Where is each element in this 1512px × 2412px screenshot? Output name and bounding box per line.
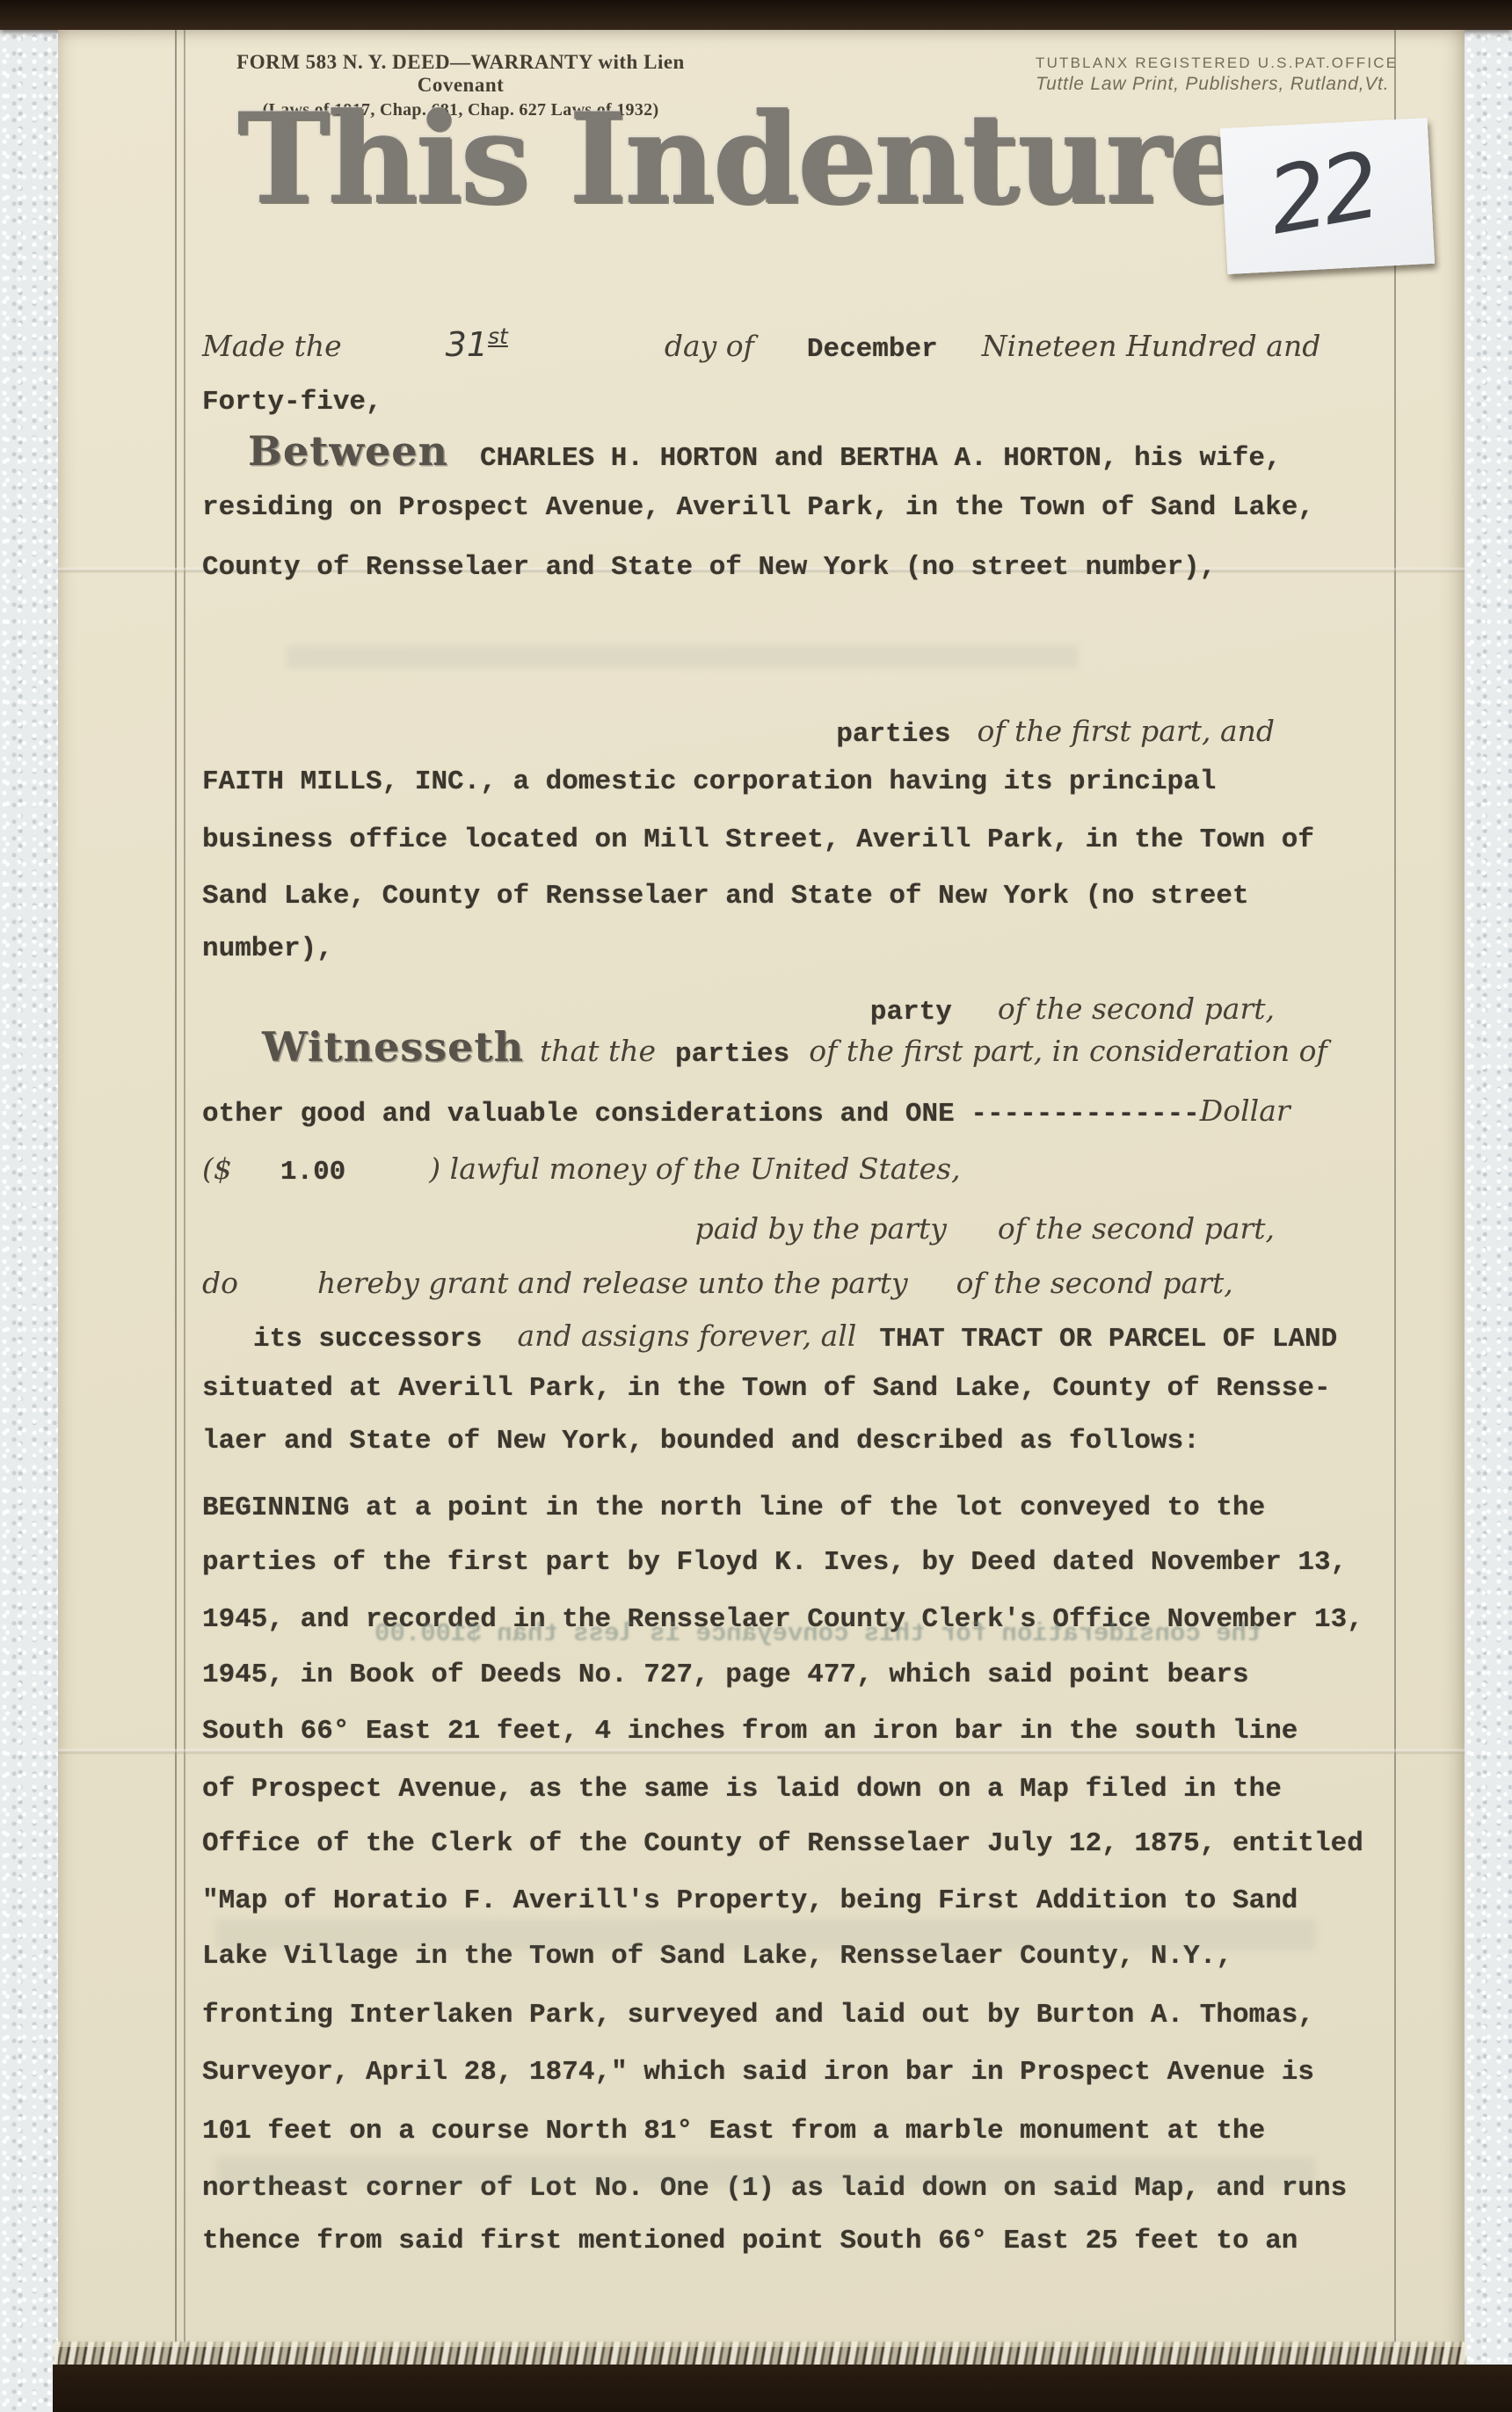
text-segment-type: parties [836,719,950,750]
text-segment-italic: ($ [202,1152,232,1186]
text-segment-type: its successors [253,1324,482,1355]
document-line: BEGINNING at a point in the north line o… [202,1493,1265,1523]
document-line: parties of the first part by Floyd K. Iv… [202,1547,1347,1578]
text-segment-italic: of the second part, [998,1211,1275,1246]
text-segment-type: parties of the first part by Floyd K. Iv… [202,1547,1347,1578]
document-line: County of Rensselaer and State of New Yo… [202,552,1216,583]
text-segment-type: fronting Interlaken Park, surveyed and l… [202,2000,1314,2031]
text-segment-italic: that the [540,1034,656,1068]
document-line: Office of the Clerk of the County of Ren… [202,1828,1363,1859]
text-segment-type: CHARLES H. HORTON and BERTHA A. HORTON, … [480,443,1282,474]
publisher-trademark-line: TUTBLANX REGISTERED U.S.PAT.OFFICE [1036,54,1405,72]
text-segment-italic: Nineteen Hundred and [982,329,1321,363]
document-line: number), [202,934,333,964]
dark-surface-bottom [53,2365,1512,2412]
towel-background-left [0,0,58,2412]
document-line: dohereby grant and release unto the part… [202,1266,1233,1300]
document-line: Witnesseththat thepartiesof the first pa… [262,1023,1327,1071]
document-line: Surveyor, April 28, 1874," which said ir… [202,2057,1314,2088]
document-line: paid by the partyof the second part, [695,1211,1275,1246]
text-segment-type: South 66° East 21 feet, 4 inches from an… [202,1716,1298,1747]
text-segment-italic: day of [665,329,754,363]
fold-crease-lower [58,1749,1465,1754]
erased-text-smudge [287,645,1078,668]
text-segment-type: 1945, in Book of Deeds No. 727, page 477… [202,1660,1249,1690]
document-line: partyof the second part, [870,992,1275,1028]
text-segment-type: thence from said first mentioned point S… [202,2226,1298,2256]
text-segment-italic: Dollar [1200,1093,1290,1128]
document-line: BetweenCHARLES H. HORTON and BERTHA A. H… [248,427,1282,475]
text-segment-type: 1.00 [280,1157,345,1188]
text-segment-type: Forty-five, [202,387,382,418]
document-line: ($1.00) lawful money of the United State… [202,1152,961,1188]
text-segment-type: December [807,334,938,365]
right-margin-rule [1394,30,1396,2347]
photo-of-deed: FORM 583 N. Y. DEED—WARRANTY with Lien C… [0,0,1512,2412]
text-segment-italic: do [202,1266,238,1300]
text-segment-italic: and assigns forever, all [517,1319,856,1353]
document-line: Made the31stday ofDecemberNineteen Hundr… [202,323,1320,365]
bleed-through-smudge [216,1920,1315,1950]
page-number-handwritten: 22 [1261,132,1384,256]
text-segment-type: residing on Prospect Avenue, Averill Par… [202,492,1314,523]
bleed-through-smudge [216,2157,1315,2187]
document-line: partiesof the first part, and [836,714,1275,750]
document-title: This Indenture. [190,86,1333,232]
document-line: thence from said first mentioned point S… [202,2226,1298,2256]
text-segment-gothic: Witnesseth [262,1023,524,1071]
text-segment-gothic: Between [248,427,448,475]
text-segment-type: parties [675,1039,789,1070]
text-segment-type: business office located on Mill Street, … [202,825,1314,855]
left-margin-rule-inner [184,30,185,2347]
document-line: laer and State of New York, bounded and … [202,1426,1200,1457]
dark-surface-top [0,0,1512,30]
document-line: Forty-five, [202,387,382,418]
text-segment-italic: of the first part, and [978,714,1275,748]
text-segment-italic: Made the [202,329,342,363]
text-segment-hand: 31 [446,325,488,364]
text-segment-type: Office of the Clerk of the County of Ren… [202,1828,1363,1859]
document-line: "Map of Horatio F. Averill's Property, b… [202,1885,1298,1916]
page-number-sticker: 22 [1220,118,1435,274]
text-segment-type: County of Rensselaer and State of New Yo… [202,552,1216,583]
text-segment-italic: paid by the party [695,1211,947,1246]
text-segment-italic: of the second part, [998,992,1275,1026]
document-line: situated at Averill Park, in the Town of… [202,1373,1331,1404]
text-segment-type: "Map of Horatio F. Averill's Property, b… [202,1885,1298,1916]
text-segment-type: of Prospect Avenue, as the same is laid … [202,1774,1282,1805]
bleed-through-text: the consideration for this conveyance is… [374,1619,1261,1648]
left-margin-rule-outer [175,30,177,2347]
text-segment-type: Surveyor, April 28, 1874," which said ir… [202,2057,1314,2088]
towel-background-right [1465,0,1512,2412]
text-segment-type: number), [202,934,333,964]
document-line: business office located on Mill Street, … [202,825,1314,855]
text-segment-italic: ) lawful money of the United States, [429,1152,960,1186]
document-line: other good and valuable considerations a… [202,1093,1290,1130]
text-segment-type: 101 feet on a course North 81° East from… [202,2116,1265,2147]
text-segment-type: BEGINNING at a point in the north line o… [202,1493,1265,1523]
text-segment-type: situated at Averill Park, in the Town of… [202,1373,1331,1404]
deed-paper: FORM 583 N. Y. DEED—WARRANTY with Lien C… [58,30,1465,2347]
text-segment-hand-sup: st [488,323,508,349]
text-segment-type: THAT TRACT OR PARCEL OF LAND [879,1324,1337,1355]
text-segment-italic: of the first part, in consideration of [809,1034,1327,1068]
document-line: South 66° East 21 feet, 4 inches from an… [202,1716,1298,1747]
document-line: residing on Prospect Avenue, Averill Par… [202,492,1314,523]
text-segment-type: laer and State of New York, bounded and … [202,1426,1200,1457]
document-line: 1945, in Book of Deeds No. 727, page 477… [202,1660,1249,1690]
document-line: 101 feet on a course North 81° East from… [202,2116,1265,2147]
text-segment-type: Sand Lake, County of Rensselaer and Stat… [202,881,1249,912]
text-segment-italic: hereby grant and release unto the party [317,1266,908,1300]
document-line: fronting Interlaken Park, surveyed and l… [202,2000,1314,2031]
document-line: FAITH MILLS, INC., a domestic corporatio… [202,766,1216,797]
text-segment-italic: of the second part, [956,1266,1233,1300]
document-line: its successorsand assigns forever, allTH… [253,1319,1337,1355]
text-segment-type: FAITH MILLS, INC., a domestic corporatio… [202,766,1216,797]
document-line: Sand Lake, County of Rensselaer and Stat… [202,881,1249,912]
document-line: of Prospect Avenue, as the same is laid … [202,1774,1282,1805]
text-segment-type: other good and valuable considerations a… [202,1099,1200,1130]
